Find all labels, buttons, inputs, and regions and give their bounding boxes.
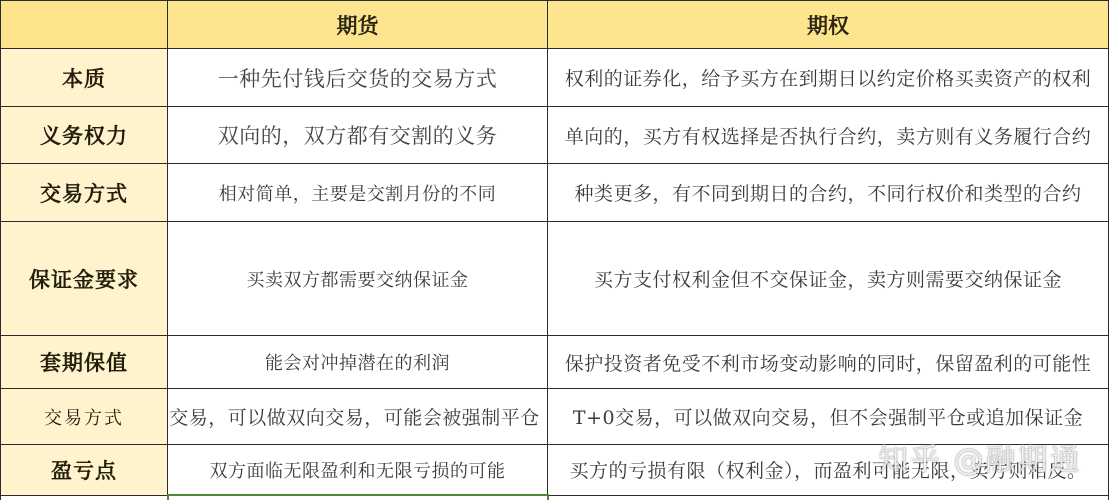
options-cell[interactable]: 单向的，买方有权选择是否执行合约，卖方则有义务履行合约 bbox=[548, 107, 1109, 164]
row-label[interactable]: 义务权力 bbox=[1, 107, 168, 164]
options-cell[interactable]: T+0交易，可以做双向交易，但不会强制平仓或追加保证金 bbox=[548, 389, 1109, 445]
options-cell[interactable]: 买方支付权利金但不交保证金，卖方则需要交纳保证金 bbox=[548, 222, 1109, 336]
table-row: 义务权力 双向的，双方都有交割的义务 单向的，买方有权选择是否执行合约，卖方则有… bbox=[1, 107, 1109, 164]
empty-cell[interactable] bbox=[548, 495, 1109, 500]
table-row: 本质 一种先付钱后交货的交易方式 权利的证券化，给予买方在到期日以约定价格买卖资… bbox=[1, 49, 1109, 107]
row-label[interactable]: 保证金要求 bbox=[1, 222, 168, 336]
table-row: 交易方式 交易，可以做双向交易，可能会被强制平仓 T+0交易，可以做双向交易，但… bbox=[1, 389, 1109, 445]
row-label[interactable]: 盈亏点 bbox=[1, 445, 168, 496]
row-label[interactable]: 交易方式 bbox=[1, 389, 168, 445]
row-label[interactable]: 本质 bbox=[1, 49, 168, 107]
row-label[interactable]: 交易方式 bbox=[1, 164, 168, 222]
header-options[interactable]: 期权 bbox=[548, 1, 1109, 49]
table-row: 保证金要求 买卖双方都需要交纳保证金 买方支付权利金但不交保证金，卖方则需要交纳… bbox=[1, 222, 1109, 336]
table-row: 交易方式 相对简单，主要是交割月份的不同 种类更多，有不同到期日的合约，不同行权… bbox=[1, 164, 1109, 222]
options-cell[interactable]: 买方的亏损有限（权利金），而盈利可能无限，卖方则相反。 bbox=[548, 445, 1109, 496]
futures-vs-options-table: 期货 期权 本质 一种先付钱后交货的交易方式 权利的证券化，给予买方在到期日以约… bbox=[0, 0, 1109, 500]
header-futures[interactable]: 期货 bbox=[168, 1, 548, 49]
header-row: 期货 期权 bbox=[1, 1, 1109, 49]
futures-cell[interactable]: 交易，可以做双向交易，可能会被强制平仓 bbox=[168, 389, 548, 445]
futures-cell[interactable]: 双方面临无限盈利和无限亏损的可能 bbox=[168, 445, 548, 496]
selected-cell[interactable] bbox=[168, 495, 548, 500]
futures-cell[interactable]: 能会对冲掉潜在的利润 bbox=[168, 336, 548, 389]
table-row-partial bbox=[1, 495, 1109, 500]
table-row: 套期保值 能会对冲掉潜在的利润 保护投资者免受不利市场变动影响的同时，保留盈利的… bbox=[1, 336, 1109, 389]
futures-cell[interactable]: 买卖双方都需要交纳保证金 bbox=[168, 222, 548, 336]
options-cell[interactable]: 保护投资者免受不利市场变动影响的同时，保留盈利的可能性 bbox=[548, 336, 1109, 389]
options-cell[interactable]: 种类更多，有不同到期日的合约，不同行权价和类型的合约 bbox=[548, 164, 1109, 222]
futures-cell[interactable]: 双向的，双方都有交割的义务 bbox=[168, 107, 548, 164]
empty-cell[interactable] bbox=[1, 495, 168, 500]
header-corner-cell[interactable] bbox=[1, 1, 168, 49]
table-row: 盈亏点 双方面临无限盈利和无限亏损的可能 买方的亏损有限（权利金），而盈利可能无… bbox=[1, 445, 1109, 496]
row-label[interactable]: 套期保值 bbox=[1, 336, 168, 389]
options-cell[interactable]: 权利的证券化，给予买方在到期日以约定价格买卖资产的权利 bbox=[548, 49, 1109, 107]
futures-cell[interactable]: 相对简单，主要是交割月份的不同 bbox=[168, 164, 548, 222]
futures-cell[interactable]: 一种先付钱后交货的交易方式 bbox=[168, 49, 548, 107]
